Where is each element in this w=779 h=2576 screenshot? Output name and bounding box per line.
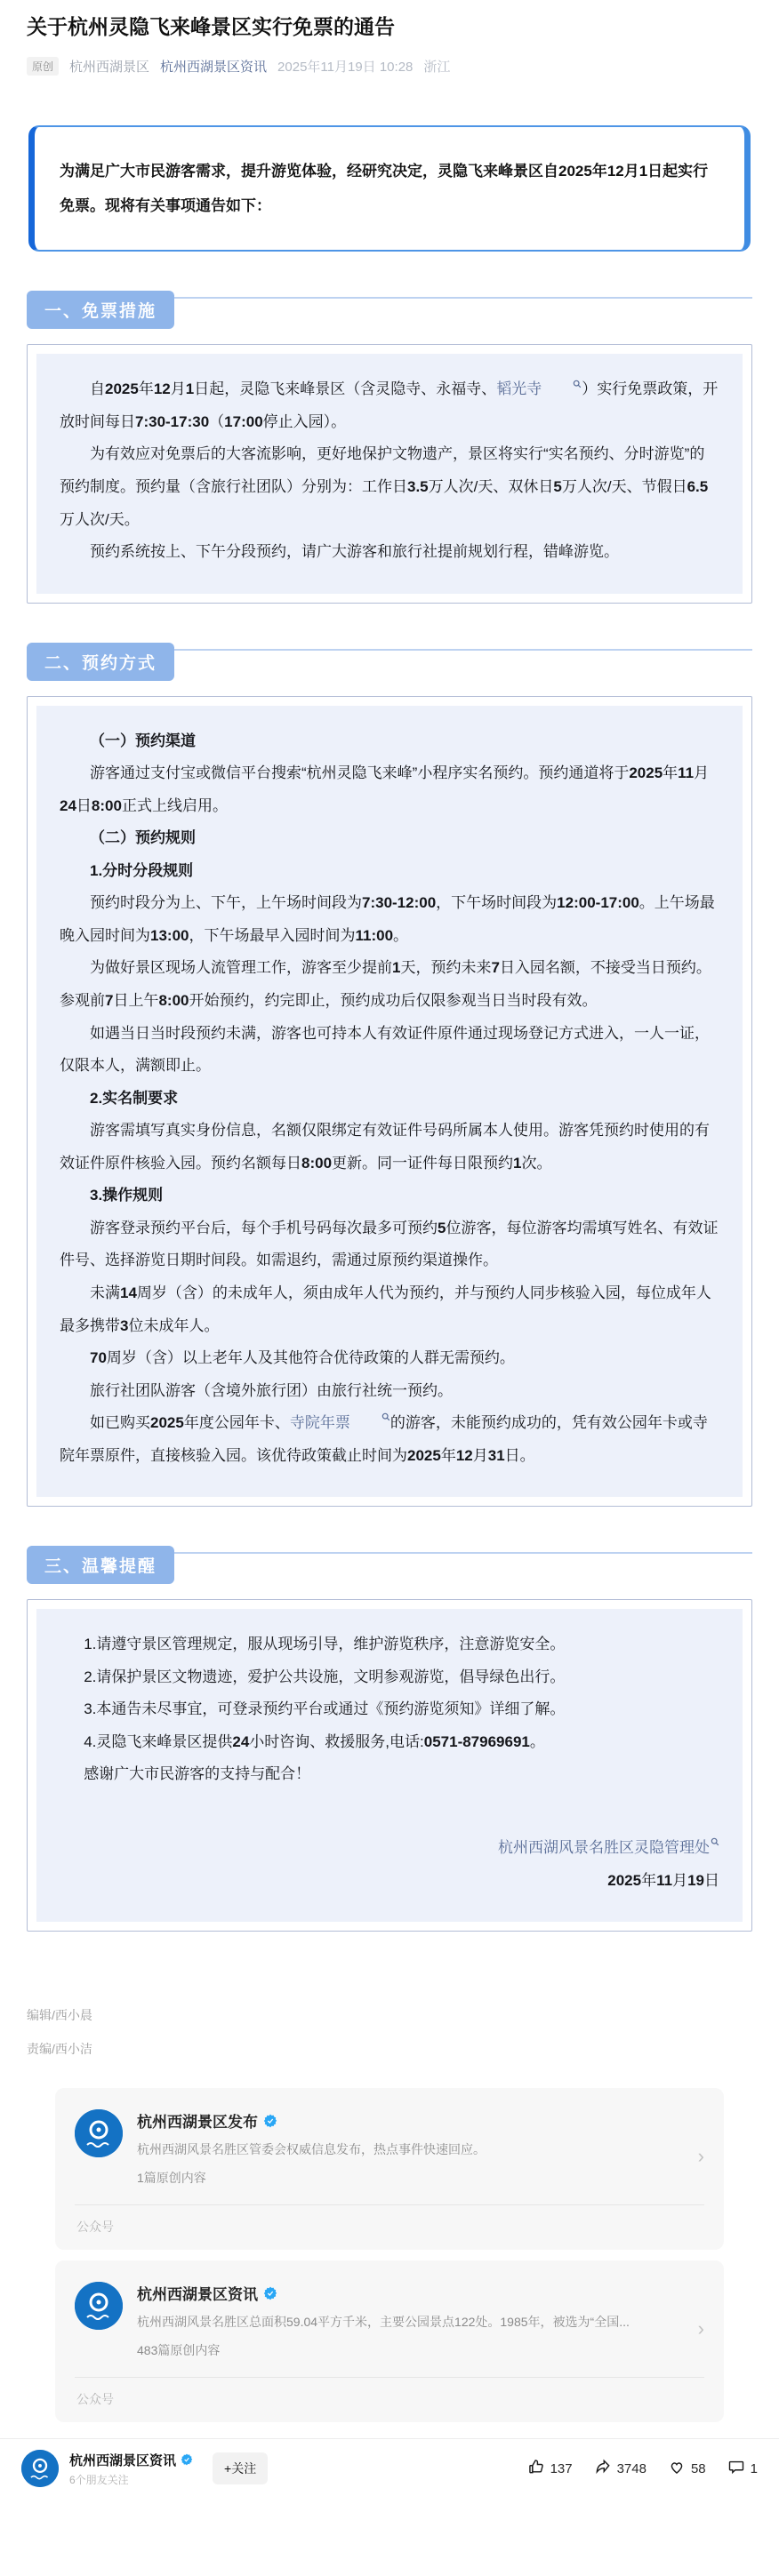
account-type-label: 公众号	[75, 2205, 704, 2250]
text: 万人次/天、节假日	[562, 478, 687, 495]
page-title: 关于杭州灵隐飞来峰景区实行免票的通告	[27, 12, 752, 41]
section-heading-2: 二、预约方式	[27, 643, 752, 682]
share-stat[interactable]: 3748	[594, 2458, 646, 2479]
thumbs-up-icon	[527, 2458, 545, 2479]
article-page: 关于杭州灵隐飞来峰景区实行免票的通告 原创 杭州西湖景区 杭州西湖景区资讯 20…	[0, 0, 779, 2501]
bold-text: 12	[456, 1447, 473, 1464]
text: 周岁（含）以上老年人及其他符合优待政策的人群无需预约。	[107, 1349, 515, 1366]
bold-text: 1	[513, 1155, 521, 1172]
footer-account-name[interactable]: 杭州西湖景区资讯	[69, 2451, 176, 2469]
paragraph: 预约系统按上、下午分段预约，请广大游客和旅行社提前规划行程，错峰游览。	[60, 536, 719, 569]
paragraph: 1.分时分段规则	[60, 855, 719, 888]
text: 年	[663, 764, 678, 781]
text: 年	[441, 1447, 456, 1464]
section-content-box: 自2025年12月1日起，灵隐飞来峰景区（含灵隐寺、永福寺、韬光寺）实行免票政策…	[27, 344, 752, 603]
text: 万人次/天。	[60, 511, 140, 528]
verified-badge-icon	[263, 2286, 277, 2300]
paragraph: 如遇当日当时段预约未满，游客也可持本人有效证件原件通过现场登记方式进入，一人一证…	[60, 1018, 719, 1083]
paragraph: 2.实名制要求	[60, 1083, 719, 1116]
paragraph: 游客通过支付宝或微信平台搜索“杭州灵隐飞来峰”小程序实名预约。预约通道将于202…	[60, 757, 719, 822]
text: 正式上线启用。	[122, 797, 228, 814]
text: 更新。同一证件每日限预约	[332, 1155, 513, 1172]
text: 日起，灵隐飞来峰景区（含灵隐寺、永福寺、	[194, 380, 496, 397]
text: 日上午	[113, 992, 158, 1009]
section-content-fill: 自2025年12月1日起，灵隐飞来峰景区（含灵隐寺、永福寺、韬光寺）实行免票政策…	[36, 354, 743, 593]
bold-text: 6.5	[687, 478, 709, 495]
section-heading-3: 三、温馨提醒	[27, 1546, 752, 1585]
search-sup-icon[interactable]	[711, 1837, 719, 1846]
text: 月	[473, 1447, 488, 1464]
inline-link[interactable]: 寺院年票	[290, 1414, 350, 1431]
heart-icon	[668, 2458, 686, 2479]
like-stat[interactable]: 137	[527, 2458, 573, 2479]
bold-text: 11	[656, 1872, 672, 1889]
bold-text: 8:00	[92, 797, 122, 814]
bold-text: 11:00	[355, 927, 393, 944]
intro-notice-box: 为满足广大市民游客需求，提升游览体验，经研究决定，灵隐飞来峰景区自2025年12…	[28, 125, 751, 252]
sections-container: 一、免票措施自2025年12月1日起，灵隐飞来峰景区（含灵隐寺、永福寺、韬光寺）…	[27, 291, 752, 1932]
original-badge: 原创	[27, 57, 59, 76]
paragraph: 自2025年12月1日起，灵隐飞来峰景区（含灵隐寺、永福寺、韬光寺）实行免票政策…	[60, 373, 719, 438]
text: 旅行社团队游客（含境外旅行团）由旅行社统一预约。	[90, 1382, 453, 1399]
section-content-box: 1.请遵守景区管理规定，服从现场引导，维护游览秩序，注意游览安全。2.请保护景区…	[27, 1599, 752, 1932]
text: 2.实名制要求	[90, 1090, 178, 1107]
share-count: 3748	[617, 2461, 646, 2476]
text: 4.灵隐飞来峰景区提供	[84, 1733, 232, 1750]
bold-text: 12	[154, 380, 171, 397]
bold-text: 19	[687, 1872, 704, 1889]
text: 次。	[522, 1155, 552, 1172]
text: 月	[694, 764, 709, 781]
bold-text: 7:30-12:00	[362, 894, 436, 911]
text: （	[209, 413, 224, 430]
verified-badge-icon	[263, 2114, 277, 2128]
text: 开始预约，约完即止，预约成功后仅限参观当日当时段有效。	[189, 992, 598, 1009]
comment-stat[interactable]: 1	[727, 2458, 758, 2479]
paragraph: 感谢广大市民游客的支持与配合！	[60, 1758, 719, 1791]
paragraph: 3.本通告未尽事宜，可登录预约平台或通过《预约游览须知》详细了解。	[60, 1693, 719, 1726]
paragraph: 杭州西湖风景名胜区灵隐管理处	[60, 1832, 719, 1865]
bold-text: 2025	[607, 1872, 641, 1889]
paragraph: 未满14周岁（含）的未成年人，须由成年人代为预约，并与预约人同步核验入园，每位成…	[60, 1277, 719, 1342]
text: 为做好景区现场人流管理工作，游客至少提前	[90, 959, 392, 976]
paragraph: （一）预约渠道	[60, 725, 719, 758]
text: 如遇当日当时段预约未满，游客也可持本人有效证件原件通过现场登记方式进入，一人一证…	[60, 1025, 710, 1075]
credits: 编辑/西小晨 责编/西小洁	[27, 2006, 752, 2058]
section-heading-badge: 一、免票措施	[27, 291, 174, 329]
text: 1.分时分段规则	[90, 862, 193, 879]
text: 年	[139, 380, 154, 397]
verified-badge-icon	[181, 2453, 193, 2466]
text: 如已购买	[90, 1414, 150, 1431]
paragraph: 游客登录预约平台后，每个手机号码每次最多可预约5位游客，每位游客均需填写姓名、有…	[60, 1212, 719, 1277]
text: 预约系统按上、下午分段预约，请广大游客和旅行社提前规划行程，错峰游览。	[90, 543, 619, 560]
friends-follow-note: 6个朋友关注	[69, 2472, 193, 2487]
text: （一）预约渠道	[90, 732, 196, 749]
bold-text: 8:00	[158, 992, 189, 1009]
bold-text: 12:00-17:00	[557, 894, 639, 911]
bold-text: 24	[232, 1733, 249, 1750]
text: 小时咨询、救援服务,电话:	[249, 1733, 423, 1750]
account-card-description: 杭州西湖风景名胜区总面积59.04平方千米，主要公园景点122处。1985年，被…	[137, 2313, 681, 2331]
section-content-fill: （一）预约渠道游客通过支付宝或微信平台搜索“杭州灵隐飞来峰”小程序实名预约。预约…	[36, 706, 743, 1498]
publish-datetime: 2025年11月19日 10:28	[277, 57, 413, 76]
account-avatar	[75, 2109, 123, 2157]
paragraph: 1.请遵守景区管理规定，服从现场引导，维护游览秩序，注意游览安全。	[60, 1628, 719, 1661]
interaction-bar: 杭州西湖景区资讯 6个朋友关注 +关注 137 3748 58 1	[0, 2438, 779, 2501]
text: （二）预约规则	[90, 829, 196, 846]
account-card-description: 杭州西湖风景名胜区管委会权威信息发布，热点事件快速回应。	[137, 2140, 681, 2158]
follow-button[interactable]: +关注	[213, 2452, 268, 2484]
account-link[interactable]: 杭州西湖景区资讯	[160, 57, 267, 76]
text: 年	[641, 1872, 656, 1889]
account-card-original-count: 483篇原创内容	[137, 2341, 681, 2359]
share-arrow-icon	[594, 2458, 612, 2479]
account-type-label: 公众号	[75, 2378, 704, 2422]
text: 感谢广大市民游客的支持与配合！	[84, 1765, 310, 1782]
section-heading-badge: 三、温馨提醒	[27, 1546, 174, 1584]
chevron-right-icon[interactable]: ›	[698, 2319, 704, 2339]
search-sup-icon[interactable]	[351, 1412, 390, 1421]
text: 游客登录预约平台后，每个手机号码每次最多可预约	[90, 1220, 438, 1236]
text: 自	[90, 380, 105, 397]
heart-count: 58	[691, 2461, 706, 2476]
bold-text: 7	[491, 959, 499, 976]
search-sup-icon[interactable]	[542, 380, 582, 388]
text: 天，预约未来	[400, 959, 491, 976]
inline-link[interactable]: 韬光寺	[496, 380, 542, 397]
section-heading-badge: 二、预约方式	[27, 643, 174, 681]
bold-text: 31	[488, 1447, 505, 1464]
text: ，下午场时间段为	[436, 894, 557, 911]
paragraph: 游客需填写真实身份信息，名额仅限绑定有效证件号码所属本人使用。游客凭预约时使用的…	[60, 1115, 719, 1180]
text: 位未成年人。	[128, 1317, 219, 1334]
paragraph: 2025年11月19日	[60, 1865, 719, 1898]
inline-link[interactable]: 杭州西湖风景名胜区灵隐管理处	[498, 1839, 710, 1856]
account-card[interactable]: 杭州西湖景区发布 杭州西湖风景名胜区管委会权威信息发布，热点事件快速回应。 1篇…	[55, 2088, 724, 2250]
paragraph: 为有效应对免票后的大客流影响，更好地保护文物遗产，景区将实行“实名预约、分时游览…	[60, 438, 719, 536]
text: 日	[704, 1872, 719, 1889]
text: 万人次/天、双休日	[429, 478, 554, 495]
account-card-original-count: 1篇原创内容	[137, 2169, 681, 2187]
bold-text: 70	[90, 1349, 107, 1366]
text: 月	[171, 380, 186, 397]
bold-text: 5	[553, 478, 561, 495]
section-content-fill: 1.请遵守景区管理规定，服从现场引导，维护游览秩序，注意游览安全。2.请保护景区…	[36, 1609, 743, 1922]
chief-editor-credit: 责编/西小洁	[27, 2040, 752, 2058]
bold-text: 8:00	[301, 1155, 332, 1172]
paragraph: 旅行社团队游客（含境外旅行团）由旅行社统一预约。	[60, 1375, 719, 1408]
byline: 原创 杭州西湖景区 杭州西湖景区资讯 2025年11月19日 10:28 浙江	[27, 57, 752, 76]
comment-count: 1	[751, 2461, 758, 2476]
bold-text: 2025	[629, 764, 663, 781]
bold-text: 3.5	[407, 478, 429, 495]
paragraph: 如已购买2025年度公园年卡、寺院年票的游客，未能预约成功的，凭有效公园年卡或寺…	[60, 1407, 719, 1472]
bold-text: 24	[60, 797, 76, 814]
section-heading-1: 一、免票措施	[27, 291, 752, 330]
account-avatar	[75, 2282, 123, 2330]
editor-credit: 编辑/西小晨	[27, 2006, 752, 2024]
text: 3.操作规则	[90, 1187, 163, 1204]
paragraph: 3.操作规则	[60, 1180, 719, 1212]
text: 月	[672, 1872, 687, 1889]
author-name[interactable]: 杭州西湖景区	[69, 57, 149, 76]
bold-text: 2025	[407, 1447, 441, 1464]
bold-text: 1	[186, 380, 194, 397]
text: 日。	[505, 1447, 535, 1464]
publish-region: 浙江	[423, 57, 450, 76]
text: ，下午场最早入园时间为	[189, 927, 355, 944]
account-card-name[interactable]: 杭州西湖景区资讯	[137, 2282, 258, 2304]
section-content-box: （一）预约渠道游客通过支付宝或微信平台搜索“杭州灵隐飞来峰”小程序实名预约。预约…	[27, 696, 752, 1508]
text: 未满	[90, 1284, 120, 1301]
text: 预约时段分为上、下午，上午场时间段为	[90, 894, 362, 911]
account-card[interactable]: 杭州西湖景区资讯 杭州西湖风景名胜区总面积59.04平方千米，主要公园景点122…	[55, 2260, 724, 2422]
text: 2.请保护景区文物遗迹，爱护公共设施，文明参观游览，倡导绿色出行。	[84, 1668, 565, 1685]
like-count: 137	[550, 2461, 573, 2476]
bold-text: 11	[678, 764, 694, 781]
paragraph: （二）预约规则	[60, 822, 719, 855]
text: 游客通过支付宝或微信平台搜索“杭州灵隐飞来峰”小程序实名预约。预约通道将于	[90, 764, 629, 781]
text: 。	[393, 927, 408, 944]
paragraph: 预约时段分为上、下午，上午场时间段为7:30-12:00，下午场时间段为12:0…	[60, 887, 719, 952]
paragraph: 70周岁（含）以上老年人及其他符合优待政策的人群无需预约。	[60, 1342, 719, 1375]
bold-text: 14	[120, 1284, 137, 1301]
paragraph: 2.请保护景区文物遗迹，爱护公共设施，文明参观游览，倡导绿色出行。	[60, 1661, 719, 1694]
text: 日	[76, 797, 92, 814]
bold-text: 0571-87969691	[424, 1733, 530, 1750]
text: 停止入园）。	[263, 413, 347, 430]
text: 3.本通告未尽事宜，可登录预约平台或通过《预约游览须知》详细了解。	[84, 1700, 565, 1717]
chevron-right-icon[interactable]: ›	[698, 2147, 704, 2166]
paragraph: 为做好景区现场人流管理工作，游客至少提前1天，预约未来7日入园名额，不接受当日预…	[60, 952, 719, 1017]
footer-avatar[interactable]	[21, 2450, 59, 2487]
account-card-name[interactable]: 杭州西湖景区发布	[137, 2109, 258, 2132]
text: 1.请遵守景区管理规定，服从现场引导，维护游览秩序，注意游览安全。	[84, 1636, 565, 1652]
bold-text: 2025	[150, 1414, 184, 1431]
text: 。	[530, 1733, 545, 1750]
heart-stat[interactable]: 58	[668, 2458, 706, 2479]
bold-text: 17:00	[224, 413, 262, 430]
bold-text: 7:30-17:30	[135, 413, 209, 430]
paragraph: 4.灵隐飞来峰景区提供24小时咨询、救援服务,电话:0571-87969691。	[60, 1726, 719, 1759]
comment-bubble-icon	[727, 2458, 745, 2479]
text: 年度公园年卡、	[184, 1414, 290, 1431]
bold-text: 13:00	[150, 927, 189, 944]
bold-text: 2025	[105, 380, 139, 397]
